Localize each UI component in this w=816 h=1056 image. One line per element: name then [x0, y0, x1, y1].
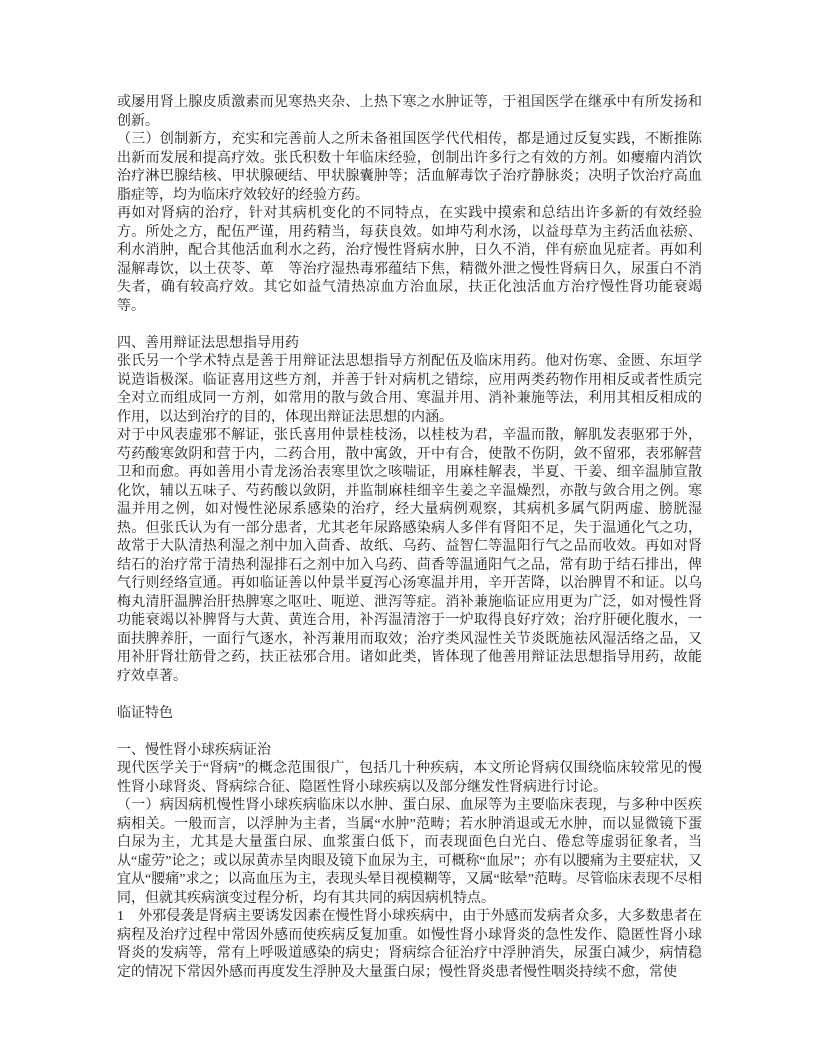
paragraph: 或屡用肾上腺皮质激素而见寒热夹杂、上热下寒之水肿证等，于祖国医学在继承中有所发扬…: [117, 94, 702, 131]
document-page: 或屡用肾上腺皮质激素而见寒热夹杂、上热下寒之水肿证等，于祖国医学在继承中有所发扬…: [0, 0, 816, 1056]
chapter-heading: 临证特色: [117, 705, 702, 724]
paragraph: （一）病因病机慢性肾小球疾病临床以水肿、蛋白尿、血尿等为主要临床表现，与多种中医…: [117, 797, 702, 908]
blank-line: [117, 686, 702, 705]
paragraph: 1 外邪侵袭是肾病主要诱发因素在慢性肾小球疾病中，由于外感而发病者众多，大多数患…: [117, 908, 702, 982]
paragraph: 张氏另一个学术特点是善于用辩证法思想指导方剂配伍及临床用药。他对伤寒、金匮、东垣…: [117, 353, 702, 427]
paragraph: 再如对肾病的治疗，针对其病机变化的不同特点，在实践中摸索和总结出许多新的有效经验…: [117, 205, 702, 316]
blank-line: [117, 723, 702, 742]
paragraph: 对于中风表虚邪不解证，张氏喜用仲景桂枝汤，以桂枝为君，辛温而散，解肌发表驱邪于外…: [117, 427, 702, 686]
paragraph: （三）创制新方，充实和完善前人之所未备祖国医学代代相传，都是通过反复实践，不断推…: [117, 131, 702, 205]
section-heading: 四、善用辩证法思想指导用药: [117, 335, 702, 354]
blank-line: [117, 316, 702, 335]
paragraph: 现代医学关于“肾病”的概念范围很广，包括几十种疾病，本文所论肾病仅围绕临床较常见…: [117, 760, 702, 797]
subsection-heading: 一、慢性肾小球疾病证治: [117, 742, 702, 761]
text-area: 或屡用肾上腺皮质激素而见寒热夹杂、上热下寒之水肿证等，于祖国医学在继承中有所发扬…: [117, 94, 702, 982]
